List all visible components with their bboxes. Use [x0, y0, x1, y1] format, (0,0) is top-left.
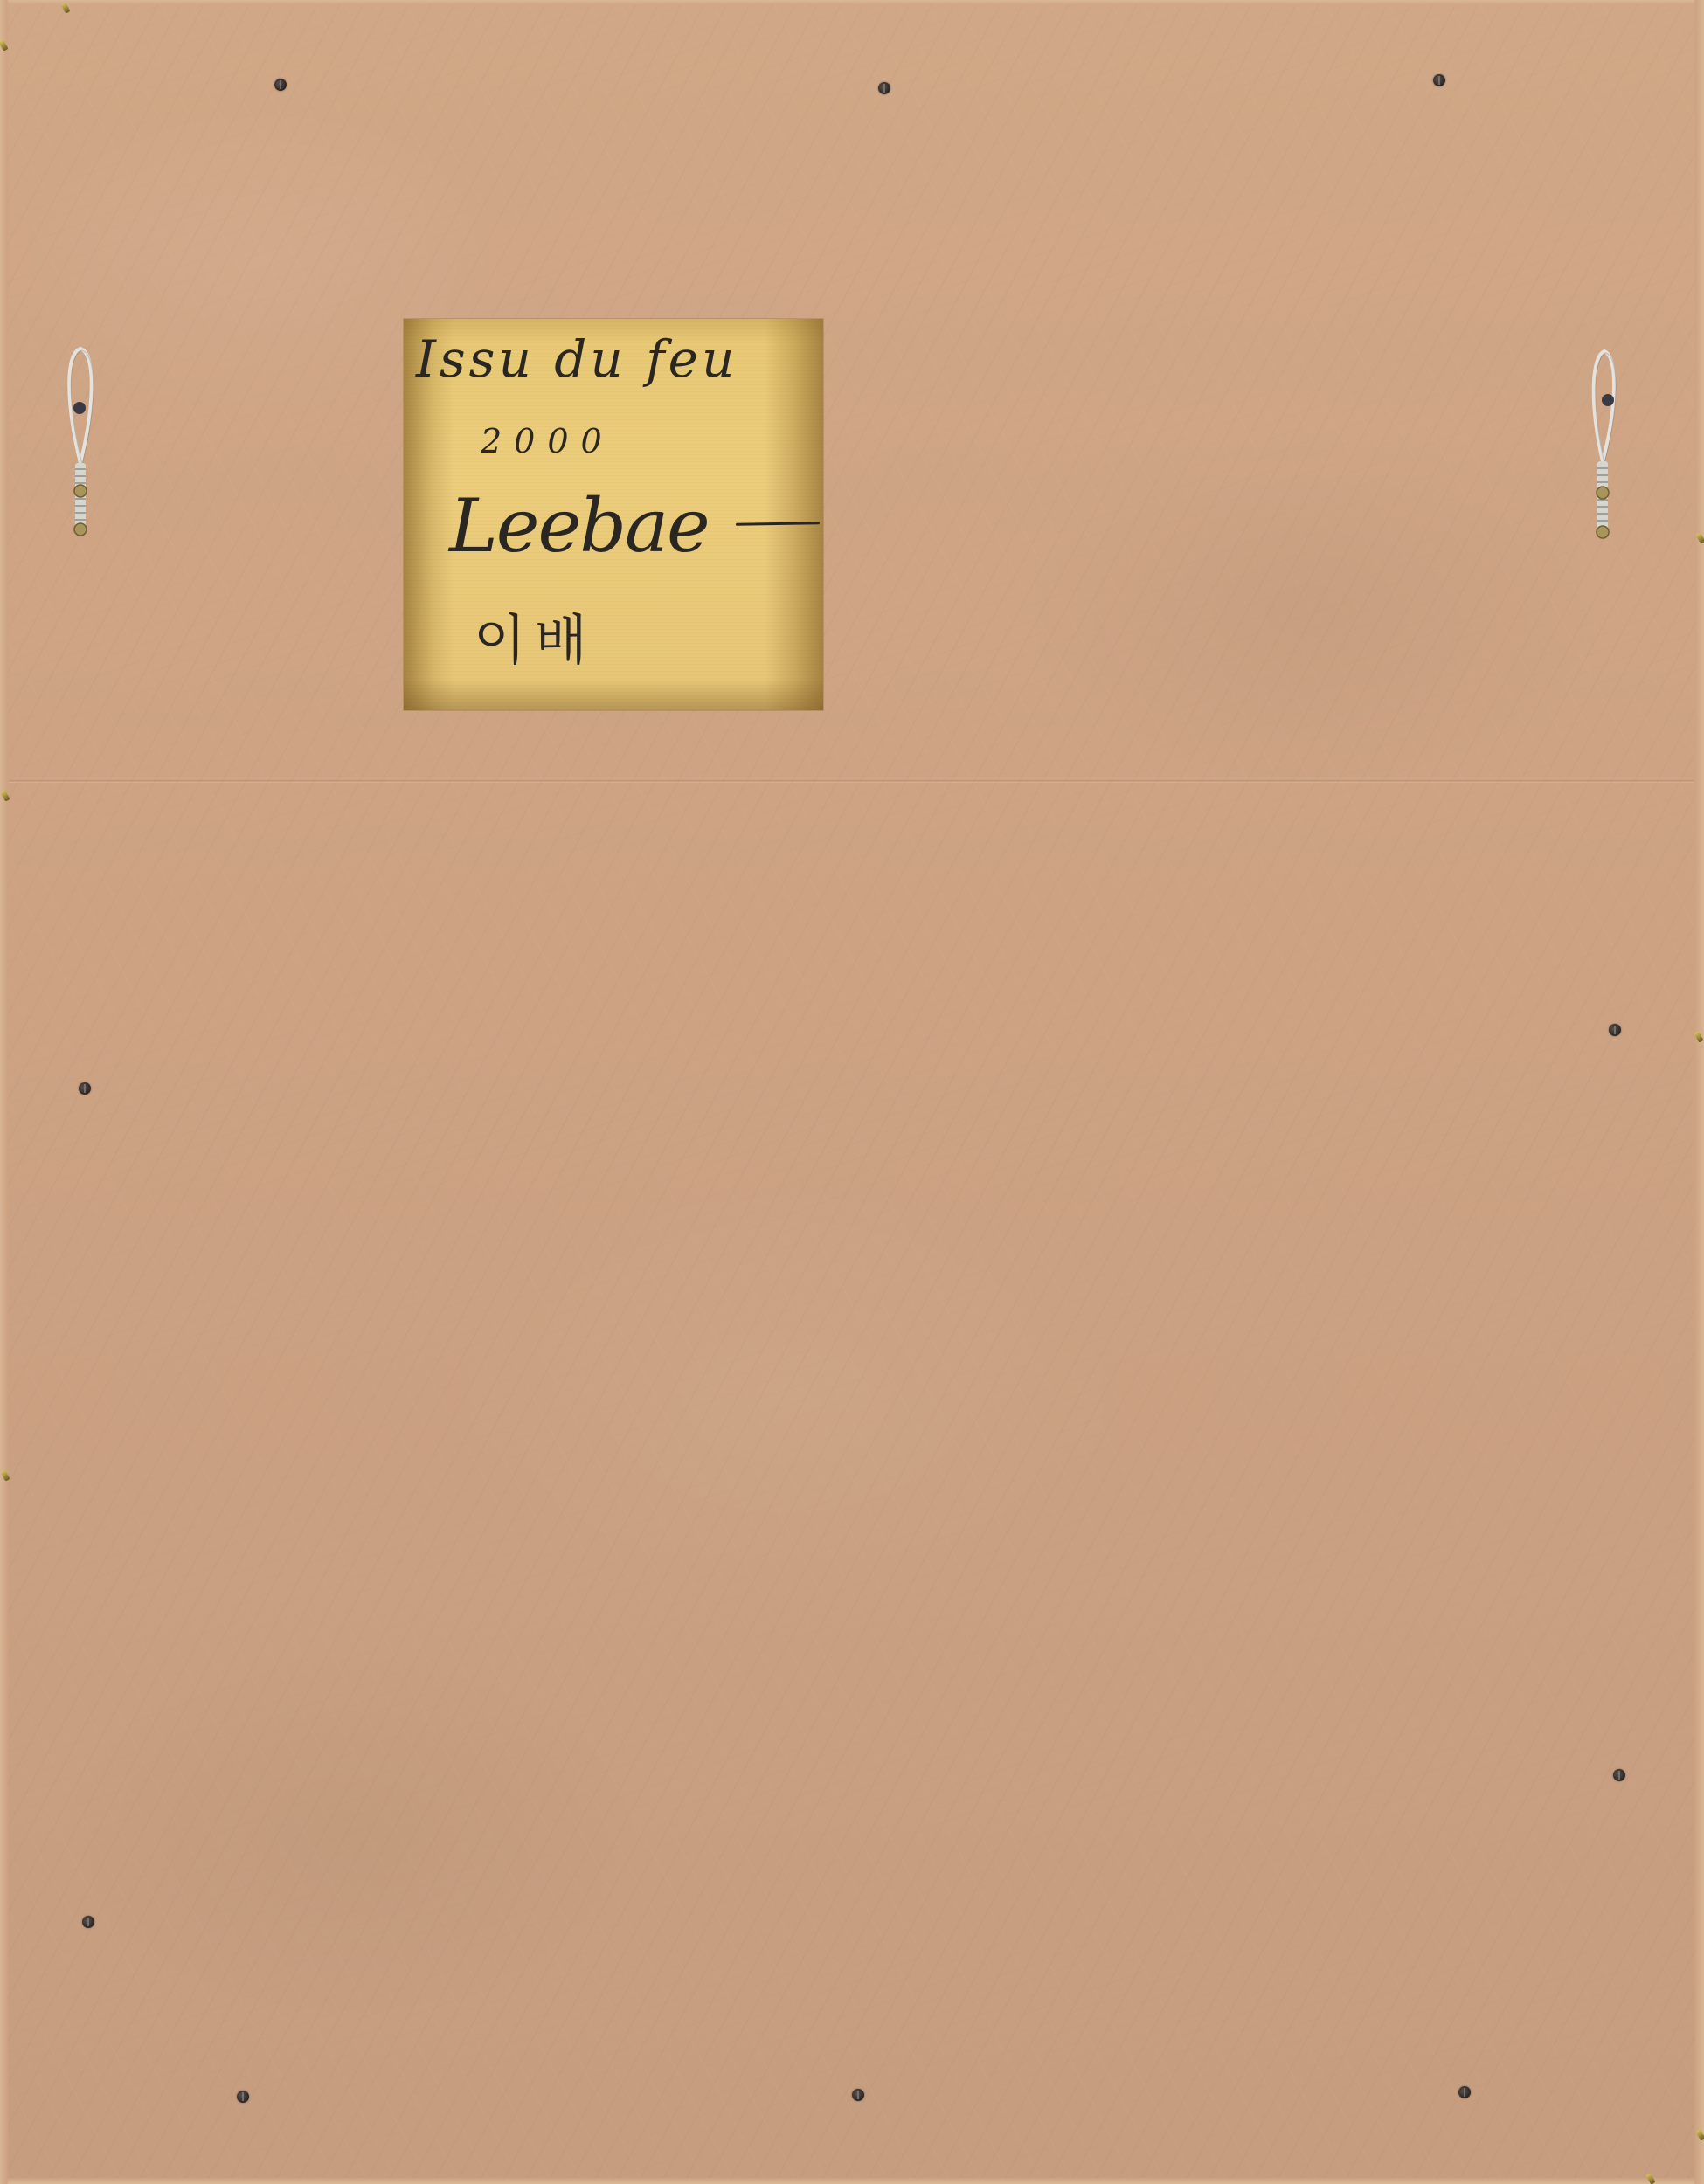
screw-icon	[852, 2089, 864, 2101]
artwork-year: 2000	[481, 422, 614, 460]
backing-texture	[0, 0, 1704, 2184]
screw-icon	[82, 1916, 94, 1928]
screw-icon	[79, 1082, 91, 1095]
wire-hanger-icon	[61, 345, 100, 537]
screw-icon	[878, 82, 890, 94]
wire-hanger-icon	[1583, 348, 1622, 540]
screw-icon	[1609, 1024, 1621, 1036]
artist-signature: Leebae	[449, 483, 709, 569]
frame-edge-right	[1694, 0, 1704, 2184]
artist-korean-name: 이배	[474, 597, 596, 674]
screw-icon	[1613, 1769, 1625, 1781]
screw-icon	[1458, 2086, 1471, 2098]
artwork-label: Issu du feu 2000 Leebae 이배	[404, 319, 823, 710]
frame-backing-board: Issu du feu 2000 Leebae 이배	[0, 0, 1704, 2184]
signature-flourish	[736, 522, 820, 526]
artwork-title: Issu du feu	[416, 329, 738, 389]
frame-edge-top	[0, 0, 1704, 5]
screw-icon	[1433, 74, 1445, 86]
frame-edge-left	[0, 0, 9, 2184]
backing-seam	[9, 780, 1694, 783]
screw-icon	[237, 2091, 249, 2103]
screw-icon	[274, 79, 287, 91]
frame-edge-bottom	[0, 2178, 1704, 2184]
